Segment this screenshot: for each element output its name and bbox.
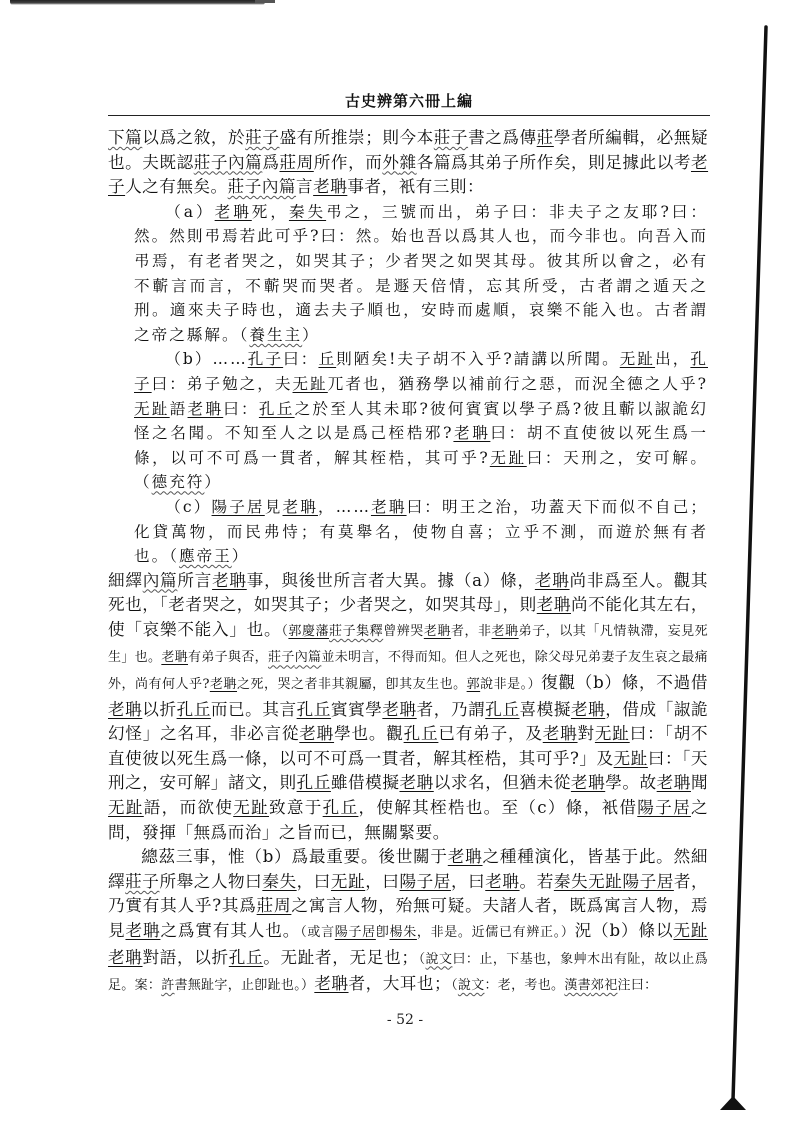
proper-name: 郭 — [467, 677, 481, 692]
book-title: 內篇 — [143, 571, 178, 590]
proper-name: 陽子居 — [400, 872, 451, 891]
proper-name: 老聃 — [399, 773, 433, 792]
proper-name: 老聃 — [313, 177, 347, 196]
proper-name: 莊 — [537, 128, 554, 147]
text-run: 曰：弟子勉之，夫 — [152, 375, 293, 393]
proper-name: 老聃 — [283, 498, 318, 516]
note-text: 者，非 — [451, 624, 492, 639]
proper-name: 秦失 — [262, 872, 296, 891]
text-run: ，…… — [318, 498, 371, 516]
text-run: 曰： — [223, 400, 259, 418]
text-run: 。若 — [520, 872, 554, 891]
book-title: 內篇 — [295, 650, 322, 665]
paragraph-analysis: 細繹內篇所言老聃事，與後世所言者大異。據（a）條，老聃尚非爲至人。觀其死也，「老… — [108, 569, 708, 846]
note-text: 之死，哭之者非其親屬，卽其友生也。 — [237, 677, 467, 692]
proper-name: 秦失 — [554, 872, 588, 891]
proper-name: 陽子居 — [212, 498, 265, 516]
page-number: - 52 - — [0, 1012, 810, 1028]
proper-name: 无趾 — [490, 449, 527, 467]
proper-name: 莊周 — [279, 153, 313, 172]
text-run: 曰： — [283, 350, 318, 368]
text-run: 總茲三事，惟（b）爲最重要。後世關于 — [141, 847, 448, 866]
book-title: 莊子 — [245, 128, 279, 147]
proper-name: 无趾 — [108, 798, 144, 817]
text-run: 對語，以折 — [143, 948, 229, 967]
proper-name: 老聃 — [571, 773, 605, 792]
text-run: ，曰 — [297, 872, 331, 891]
proper-name: 无趾 — [620, 350, 655, 368]
text-run: 者，乃謂 — [417, 700, 486, 719]
text-run: 見 — [265, 498, 283, 516]
text-run: ，曰 — [451, 872, 485, 891]
proper-name: 莊周 — [257, 896, 292, 915]
text-run: （a） — [165, 203, 214, 221]
text-run: 以折 — [142, 700, 176, 719]
book-title: 雜 — [400, 153, 417, 172]
proper-name: 老聃 — [492, 624, 519, 639]
book-title: 應帝王 — [179, 547, 232, 565]
paragraph-summary: 總茲三事，惟（b）爲最重要。後世關于老聃之種種演化，皆基于此。然細繹莊子所舉之人… — [108, 845, 708, 999]
book-title: 郊祀 — [591, 978, 618, 993]
proper-name: 孔丘 — [297, 773, 331, 792]
book-title: 漢書 — [564, 978, 591, 993]
proper-name: 老聃 — [210, 677, 237, 692]
text-run: 各篇爲其弟子所作矣，則足據此以考 — [417, 153, 691, 172]
book-title: 許 — [161, 978, 174, 993]
proper-name: 无趾 — [673, 921, 708, 940]
text-run: 聞 — [691, 773, 708, 792]
note-text: 卽 — [376, 925, 390, 940]
scan-top-edge-mark-tail — [255, 0, 275, 3]
proper-name: 老聃 — [448, 847, 483, 866]
proper-name: 孔丘 — [229, 948, 264, 967]
header-rule — [108, 115, 710, 116]
text-run: 學也。觀 — [334, 724, 404, 743]
text-run: 致意于 — [269, 798, 323, 817]
proper-name: 丘 — [318, 350, 336, 368]
proper-name: 孔子 — [248, 350, 283, 368]
note-text: （ — [451, 978, 458, 993]
proper-name: 老聃 — [125, 921, 160, 940]
note-text: 注曰： — [618, 978, 658, 993]
proper-name: 老聃 — [314, 974, 348, 993]
proper-name: 无趾 — [293, 375, 328, 393]
book-title: 莊子 — [228, 177, 262, 196]
text-run: 賓賓學 — [331, 700, 382, 719]
proper-name: 老聃 — [657, 773, 691, 792]
running-head: 古史辨第六冊上編 — [108, 90, 710, 111]
text-run: 出， — [655, 350, 690, 368]
text-run: 書之爲傳 — [468, 128, 537, 147]
proper-name: 老聃 — [485, 872, 519, 891]
proper-name: 郭慶藩 — [288, 624, 329, 639]
proper-name: 老聃 — [537, 595, 571, 614]
note-text: （ — [418, 952, 425, 967]
text-run: 之爲實有其人也。 — [160, 921, 300, 940]
proper-name: 楊朱 — [390, 925, 417, 940]
text-run: 爲 — [262, 153, 279, 172]
proper-name: 老聃 — [571, 700, 605, 719]
proper-name: 孔丘 — [485, 700, 519, 719]
book-title: 內篇 — [262, 177, 296, 196]
text-run: 事者，衹有三則： — [347, 177, 484, 196]
proper-name: 老聃 — [161, 650, 188, 665]
scan-top-edge-mark — [10, 0, 265, 5]
text-run: 。无趾者，无足也； — [263, 948, 418, 967]
book-title: 德充符 — [152, 473, 205, 491]
proper-name: 陽子居 — [622, 872, 673, 891]
proper-name: 孔丘 — [323, 798, 359, 817]
book-title: 莊子集釋 — [329, 624, 383, 639]
proper-name: 老聃 — [424, 624, 451, 639]
book-title: 下篇 — [108, 128, 142, 147]
proper-name: 老聃 — [382, 700, 416, 719]
note-text: 有弟子與否， — [188, 650, 268, 665]
text-run: 所舉之人物曰 — [159, 872, 262, 891]
book-title: 說文 — [426, 952, 453, 967]
proper-name: 陽子居 — [335, 925, 376, 940]
book-title: 內篇 — [228, 153, 262, 172]
proper-name: 老聃 — [371, 498, 407, 516]
note-text: （或言 — [300, 925, 335, 940]
proper-name: 老聃 — [299, 724, 334, 743]
book-title: 外 — [382, 153, 399, 172]
note-text: 書無趾字，止卽趾也。） — [175, 978, 315, 993]
proper-name: 无趾 — [614, 749, 648, 768]
text-run: 語 — [170, 400, 188, 418]
proper-name: 老聃 — [212, 571, 247, 590]
proper-name: 秦失 — [289, 203, 326, 221]
text-run: 死， — [252, 203, 289, 221]
book-title: 莊子 — [434, 128, 468, 147]
proper-name: 老聃 — [453, 424, 490, 442]
text-run: 事，與後世所言者大異。據（a）條， — [247, 571, 535, 590]
note-text: ，非是。近儒已有辨正。） — [417, 925, 575, 940]
text-run: （b）…… — [165, 350, 248, 368]
text-run: 盛有所推崇；則今本 — [279, 128, 433, 147]
body-text: 下篇以爲之敘，於莊子盛有所推崇；則今本莊子書之爲傳莊學者所編輯，必無疑也。夫既認… — [108, 126, 708, 999]
text-run: 所言 — [177, 571, 212, 590]
book-title: 莊子 — [125, 872, 159, 891]
proper-name: 老聃 — [535, 571, 570, 590]
proper-name: 老聃 — [215, 203, 252, 221]
text-run: 況（b）條以 — [575, 921, 674, 940]
note-text: ：老，考也。 — [485, 978, 565, 993]
proper-name: 孔丘 — [177, 700, 211, 719]
proper-name: 孔丘 — [404, 724, 439, 743]
proper-name: 无趾 — [331, 872, 365, 891]
text-run: 人之有無矣。 — [125, 177, 228, 196]
text-run: 語，而欲使 — [144, 798, 233, 817]
text-run: ，曰 — [365, 872, 399, 891]
proper-name: 无趾 — [588, 872, 622, 891]
proper-name: 无趾 — [595, 724, 630, 743]
proper-name: 老聃 — [108, 700, 142, 719]
proper-name: 无趾 — [134, 400, 170, 418]
text-run: 兀者也，猶務學以補前行之惡，而況全德之人乎? — [328, 375, 708, 393]
text-run: 雖借模擬 — [331, 773, 400, 792]
paragraph-intro: 下篇以爲之敘，於莊子盛有所推崇；則今本莊子書之爲傳莊學者所編輯，必無疑也。夫既認… — [108, 126, 708, 200]
note-text: 說非是。） — [480, 677, 541, 692]
text-run: 言 — [296, 177, 313, 196]
text-run: ） — [204, 473, 222, 491]
text-run: 復觀（b）條，不過借 — [541, 673, 708, 692]
text-run: 以求名，但猶未從 — [434, 773, 571, 792]
text-run: 學。故 — [605, 773, 656, 792]
text-run: 對 — [578, 724, 595, 743]
book-title: 說文 — [458, 978, 485, 993]
book-title: 養生主 — [249, 326, 302, 344]
text-run: 則陋矣!夫子胡不入乎?請講以所聞。 — [336, 350, 620, 368]
proper-name: 老聃 — [188, 400, 224, 418]
text-run: 者，大耳也； — [349, 974, 452, 993]
proper-name: 孔丘 — [297, 700, 331, 719]
text-run: （c） — [165, 498, 211, 516]
text-run: ，使解其桎梏也。至（c）條，衹借 — [358, 798, 637, 817]
proper-name: 老聃 — [543, 724, 578, 743]
text-run: 已有弟子，及 — [438, 724, 542, 743]
text-run: 喜模擬 — [520, 700, 571, 719]
proper-name: 陽子居 — [637, 798, 691, 817]
text-run: ） — [302, 326, 320, 344]
proper-name: 老聃 — [108, 948, 143, 967]
book-title: 莊子 — [268, 650, 295, 665]
quote-c: （c）陽子居見老聃，……老聃曰：明王之治，功蓋天下而似不自己；化貸萬物，而民弗恃… — [134, 495, 708, 569]
note-text: 曾辨哭 — [383, 624, 424, 639]
quote-a: （a）老聃死，秦失弔之，三號而出，弟子曰：非夫子之友耶?曰：然。然則弔焉若此可乎… — [134, 200, 708, 348]
book-title: 莊子 — [194, 153, 228, 172]
text-run: 所作，而 — [314, 153, 383, 172]
proper-name: 孔丘 — [259, 400, 295, 418]
proper-name: 无趾 — [233, 798, 269, 817]
text-run: 細繹 — [108, 571, 143, 590]
text-run: 以爲之敘，於 — [142, 128, 245, 147]
text-run: ） — [232, 547, 250, 565]
quote-b: （b）……孔子曰：丘則陋矣!夫子胡不入乎?請講以所聞。无趾出，孔子曰：弟子勉之，… — [134, 347, 708, 495]
text-run: 弔之，三號而出，弟子曰：非夫子之友耶?曰：然。然則弔焉若此可乎?曰：然。始也吾以… — [134, 203, 708, 344]
text-run: 而已。其言 — [211, 700, 297, 719]
